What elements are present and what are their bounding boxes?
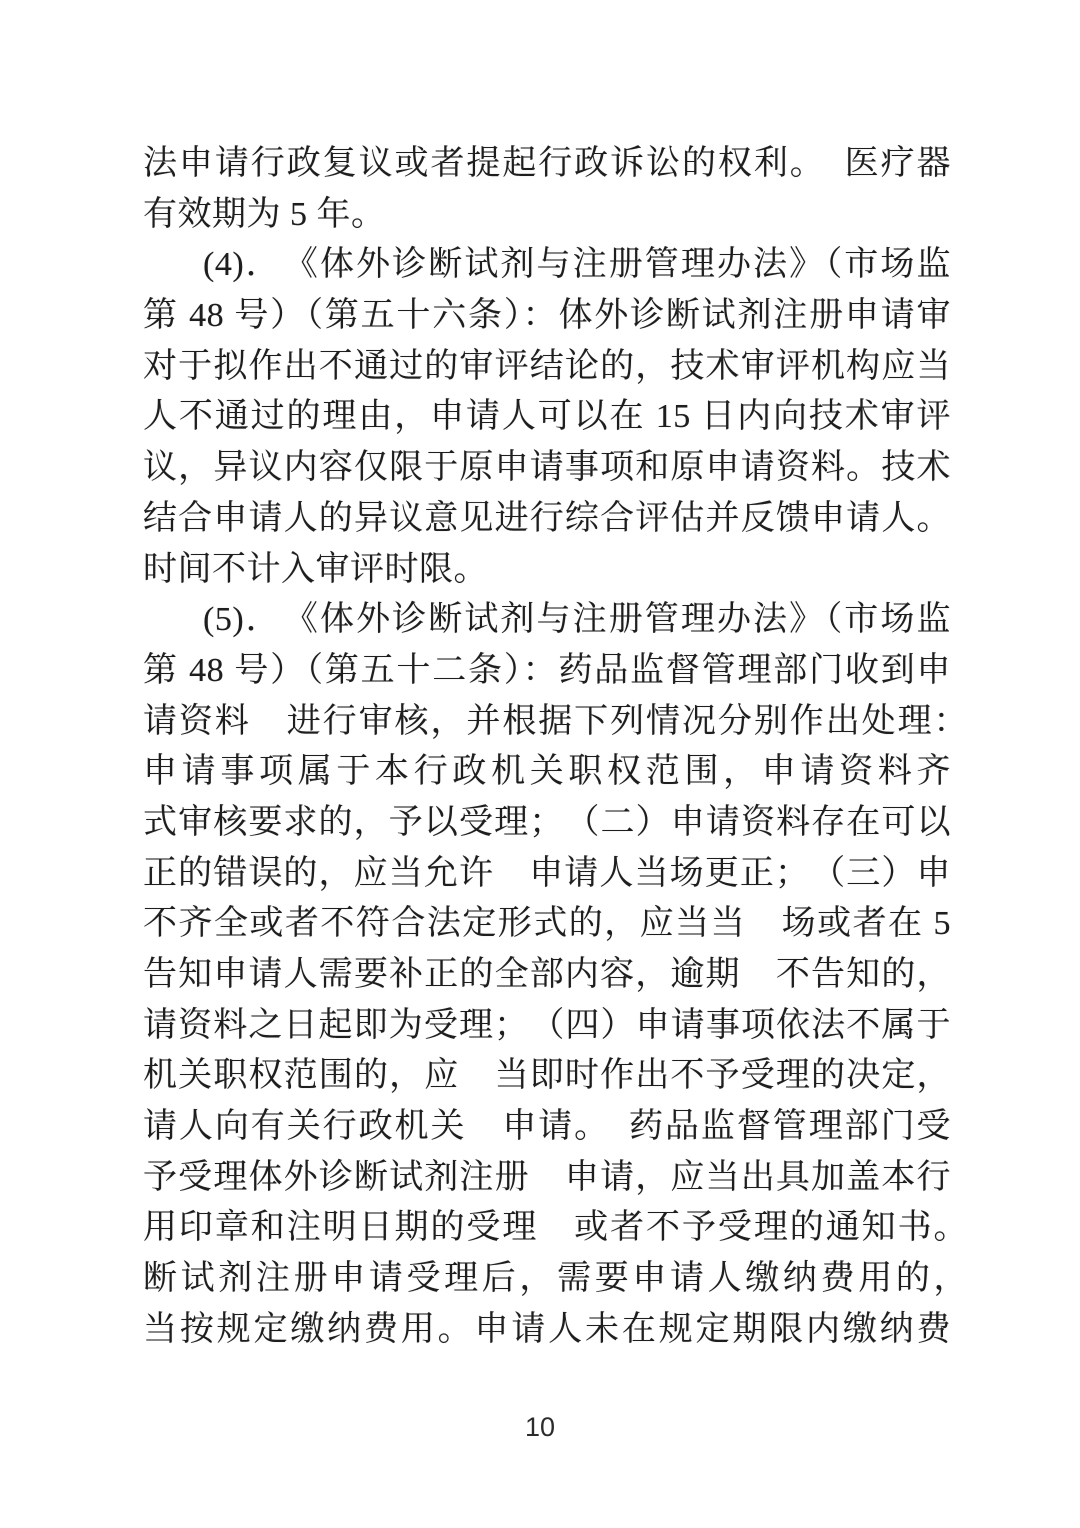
text-line: 当按规定缴纳费用。申请人未在规定期限内缴纳费 用的，视	[143, 1305, 951, 1356]
text-line: 用印章和注明日期的受理 或者不予受理的通知书。 体外诊	[143, 1203, 951, 1254]
text-line: 结合申请人的异议意见进行综合评估并反馈申请人。异议处理	[143, 494, 951, 545]
text-line: 议，异议内容仅限于原申请事项和原申请资料。技术审评机构	[143, 443, 951, 494]
text-line: 对于拟作出不通过的审评结论的，技术审评机构应当告知申请	[143, 342, 951, 393]
document-page: 法申请行政复议或者提起行政诉讼的权利。 医疗器械注册证有效期为 5 年。(4)．…	[0, 0, 1080, 1528]
text-line: 正的错误的，应当允许 申请人当场更正； （三）申请资料	[143, 849, 951, 900]
text-line: (4)． 《体外诊断试剂与注册管理办法》（市场监管总局令	[143, 240, 951, 291]
text-line: 请资料之日起即为受理； （四）申请事项依法不属于本行政	[143, 1001, 951, 1052]
text-line: 请资料 进行审核，并根据下列情况分别作出处理： （一）	[143, 697, 951, 748]
text-line: 第 48 号）（第五十六条）：体外诊断试剂注册申请审评期间，	[143, 291, 951, 342]
text-line: 机关职权范围的，应 当即时作出不予受理的决定，并告知申	[143, 1051, 951, 1102]
text-line: 不齐全或者不符合法定形式的，应当当 场或者在 5 日内一次	[143, 899, 951, 950]
text-line: 时间不计入审评时限。	[143, 545, 951, 596]
text-line: 请人向有关行政机关 申请。 药品监督管理部门受理或者不	[143, 1102, 951, 1153]
text-line: 予受理体外诊断试剂注册 申请，应当出具加盖本行政机关专	[143, 1153, 951, 1204]
text-line: 申请事项属于本行政机关职权范围，申请资料齐 全、符合形	[143, 747, 951, 798]
text-line: 式审核要求的，予以受理； （二）申请资料存在可以当场更	[143, 798, 951, 849]
document-body: 法申请行政复议或者提起行政诉讼的权利。 医疗器械注册证有效期为 5 年。(4)．…	[143, 139, 951, 1356]
page-footer: 10	[0, 1412, 1080, 1443]
text-line: 告知申请人需要补正的全部内容，逾期 不告知的，自收到申	[143, 950, 951, 1001]
text-line: 断试剂注册申请受理后，需要申请人缴纳费用的， 申请人应	[143, 1254, 951, 1305]
text-line: 有效期为 5 年。	[143, 190, 951, 241]
text-line: 法申请行政复议或者提起行政诉讼的权利。 医疗器械注册证	[143, 139, 951, 190]
text-line: 人不通过的理由，申请人可以在 15 日内向技术审评机构提出异	[143, 392, 951, 443]
page-number: 10	[525, 1412, 555, 1442]
text-line: 第 48 号）（第五十二条）：药品监督管理部门收到申请后对申	[143, 646, 951, 697]
text-line: (5)． 《体外诊断试剂与注册管理办法》（市场监管总局令	[143, 595, 951, 646]
